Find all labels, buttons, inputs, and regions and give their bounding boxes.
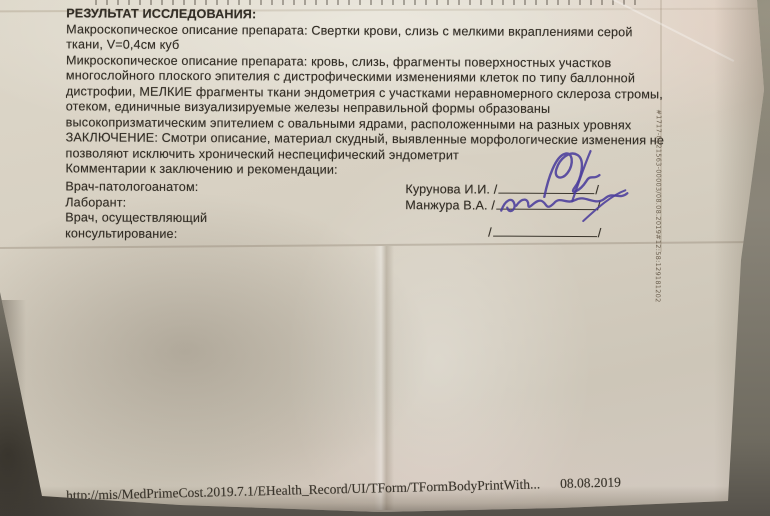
signer-role-pathologist: Врач-патологоанатом: — [65, 179, 198, 195]
print-footer-date: 08.08.2019 — [560, 474, 621, 490]
signature-slash: / — [598, 226, 602, 240]
signature-line — [493, 225, 597, 238]
signer-role-lab-assistant: Лаборант: — [65, 195, 126, 211]
signer-role-consulting-doctor-cont: консультирование: — [65, 226, 177, 242]
document-photo: РЕЗУЛЬТАТ ИССЛЕДОВАНИЯ: Макроскопическое… — [0, 0, 770, 516]
specimen-barcode-id: #1717-0021563-00003/08.08.2019#12:58:129… — [652, 109, 663, 299]
report-line: ткани, V=0,4см куб — [66, 37, 179, 53]
report-comments-label: Комментарии к заключению и рекомендации: — [65, 161, 337, 178]
signer-name-pathologist: Курунова И.И. / — [405, 182, 497, 196]
paper-sheet: РЕЗУЛЬТАТ ИССЛЕДОВАНИЯ: Макроскопическое… — [0, 0, 770, 516]
signature-row-consulting: // — [488, 225, 601, 241]
report-heading: РЕЗУЛЬТАТ ИССЛЕДОВАНИЯ: — [66, 6, 256, 22]
signer-name-lab-assistant: Манжура В.А. / — [405, 198, 495, 212]
signature-slash: / — [488, 226, 492, 240]
signer-role-consulting-doctor: Врач, осуществляющий — [65, 210, 207, 226]
report-content: РЕЗУЛЬТАТ ИССЛЕДОВАНИЯ: Макроскопическое… — [0, 0, 770, 516]
lab-assistant-signature-ink — [497, 187, 637, 226]
